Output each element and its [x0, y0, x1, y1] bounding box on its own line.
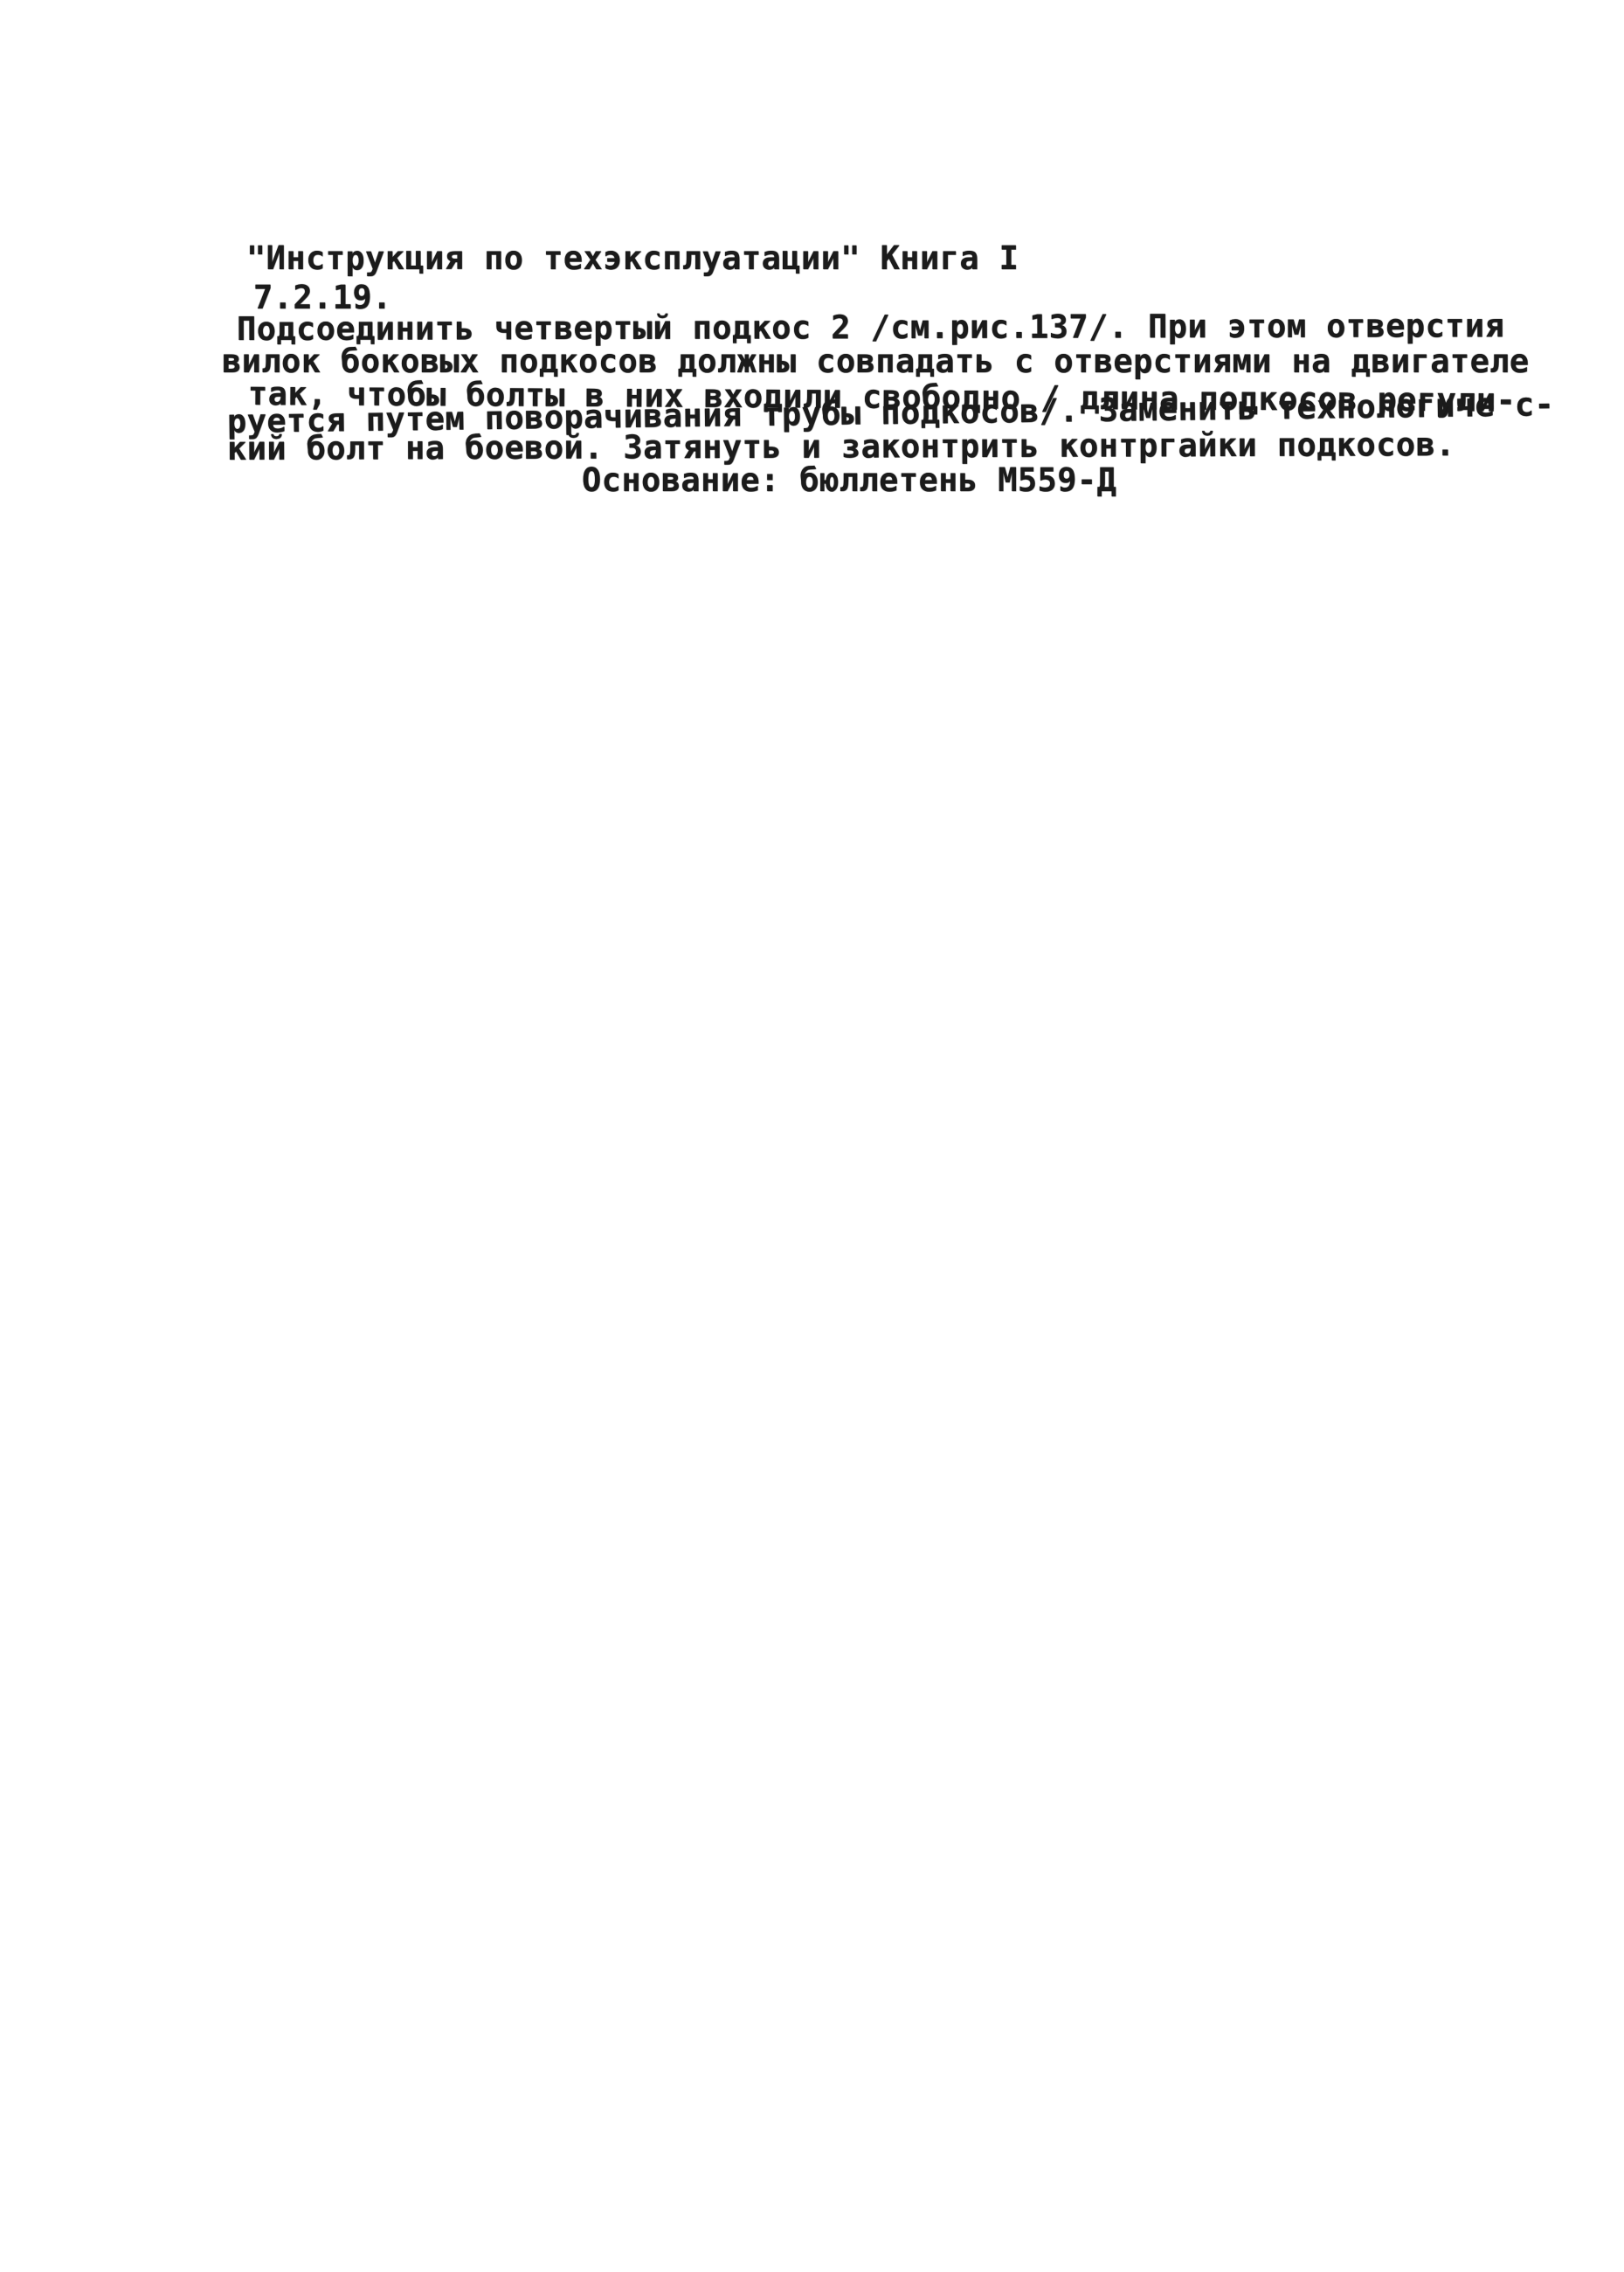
section-number: 7.2.19.: [253, 281, 392, 314]
paragraph-line: кий болт на боевой. Затянуть и законтрит…: [227, 428, 1455, 465]
basis-line: Основание: бюллетень М559-Д: [582, 464, 1116, 496]
document-title-line: "Инструкция по техэксплуатации" Книга I: [246, 242, 1019, 274]
paragraph-line: Подсоединить четвертый подкос 2 /см.рис.…: [237, 309, 1504, 345]
scanned-document-page: "Инструкция по техэксплуатации" Книга I …: [0, 0, 1624, 2272]
paragraph-line: вилок боковых подкосов должны совпадать …: [222, 345, 1530, 378]
